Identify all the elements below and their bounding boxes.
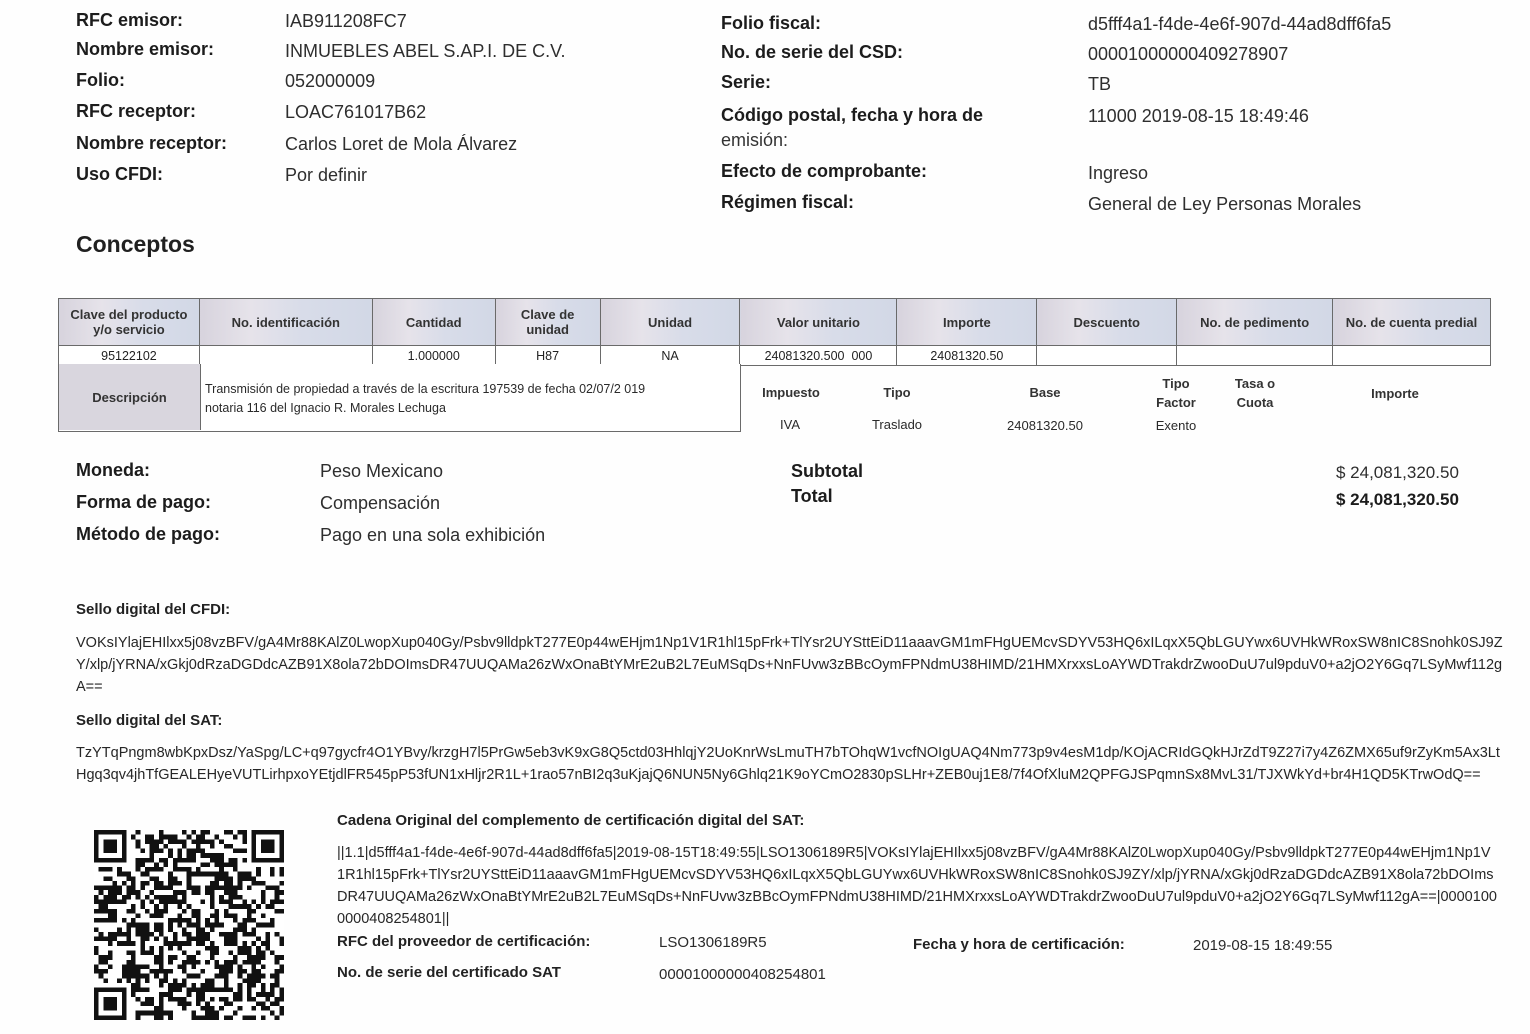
tipo-header: Tipo bbox=[867, 383, 927, 402]
total-value: $ 24,081,320.50 bbox=[1336, 490, 1459, 510]
forma-pago-value: Compensación bbox=[320, 493, 440, 514]
forma-pago-label: Forma de pago: bbox=[76, 492, 211, 513]
subtotal-value: $ 24,081,320.50 bbox=[1336, 463, 1459, 483]
serie-sat-label: No. de serie del certificado SAT bbox=[337, 964, 561, 981]
cell-pedimento bbox=[1177, 346, 1333, 366]
cp-value: 11000 2019-08-15 18:49:46 bbox=[1088, 106, 1309, 127]
tipo-factor-header-line2: Factor bbox=[1146, 393, 1206, 412]
regimen-label: Régimen fiscal: bbox=[721, 192, 854, 213]
tasa-header-line1: Tasa o bbox=[1225, 374, 1285, 393]
cell-no-identificacion bbox=[199, 346, 372, 366]
base-header: Base bbox=[1010, 383, 1080, 402]
descripcion-box: Descripción Transmisión de propiedad a t… bbox=[58, 364, 741, 432]
qr-code-icon bbox=[94, 830, 284, 1020]
efecto-value: Ingreso bbox=[1088, 163, 1148, 184]
fecha-certificacion-value: 2019-08-15 18:49:55 bbox=[1193, 937, 1332, 954]
col-no-identificacion: No. identificación bbox=[199, 299, 372, 346]
folio-fiscal-label: Folio fiscal: bbox=[721, 13, 821, 34]
descripcion-label: Descripción bbox=[59, 364, 201, 430]
table-header-row: Clave del producto y/o servicio No. iden… bbox=[59, 299, 1491, 346]
col-valor-unitario: Valor unitario bbox=[740, 299, 897, 346]
total-label: Total bbox=[791, 486, 833, 507]
regimen-value: General de Ley Personas Morales bbox=[1088, 194, 1361, 215]
cell-unidad: NA bbox=[600, 346, 740, 366]
moneda-label: Moneda: bbox=[76, 460, 150, 481]
moneda-value: Peso Mexicano bbox=[320, 461, 443, 482]
cp-label-line1: Código postal, fecha y hora de bbox=[721, 105, 983, 126]
tipo-factor-header: Tipo Factor bbox=[1146, 374, 1206, 412]
rfc-emisor-value: IAB911208FC7 bbox=[285, 11, 407, 32]
uso-cfdi-value: Por definir bbox=[285, 165, 367, 186]
nombre-receptor-value: Carlos Loret de Mola Álvarez bbox=[285, 134, 517, 155]
cell-cantidad: 1.000000 bbox=[372, 346, 495, 366]
tipo-factor-header-line1: Tipo bbox=[1146, 374, 1206, 393]
base-value: 24081320.50 bbox=[995, 418, 1095, 433]
sello-cfdi-value: VOKsIYlajEHIlxx5j08vzBFV/gA4Mr88KAlZ0Lwo… bbox=[76, 632, 1506, 698]
cell-clave-unidad: H87 bbox=[495, 346, 600, 366]
tipo-factor-value: Exento bbox=[1146, 418, 1206, 433]
tasa-header-line2: Cuota bbox=[1225, 393, 1285, 412]
cell-descuento bbox=[1037, 346, 1177, 366]
cadena-value: ||1.1|d5fff4a1-f4de-4e6f-907d-44ad8dff6f… bbox=[337, 842, 1497, 930]
sello-cfdi-label: Sello digital del CFDI: bbox=[76, 601, 230, 618]
folio-label: Folio: bbox=[76, 70, 125, 91]
impuesto-value: IVA bbox=[760, 417, 820, 432]
metodo-pago-label: Método de pago: bbox=[76, 524, 220, 545]
efecto-label: Efecto de comprobante: bbox=[721, 161, 927, 182]
serie-label: Serie: bbox=[721, 72, 771, 93]
folio-value: 052000009 bbox=[285, 71, 375, 92]
nombre-emisor-value: INMUEBLES ABEL S.AP.I. DE C.V. bbox=[285, 41, 565, 62]
col-clave-producto: Clave del producto y/o servicio bbox=[59, 299, 200, 346]
rfc-proveedor-label: RFC del proveedor de certificación: bbox=[337, 933, 590, 950]
nombre-receptor-label: Nombre receptor: bbox=[76, 133, 227, 154]
cp-label-line2: emisión: bbox=[721, 130, 788, 151]
subtotal-label: Subtotal bbox=[791, 461, 863, 482]
conceptos-title: Conceptos bbox=[76, 231, 195, 258]
metodo-pago-value: Pago en una sola exhibición bbox=[320, 525, 545, 546]
table-row: 95122102 1.000000 H87 NA 24081320.500 00… bbox=[59, 346, 1491, 366]
cell-cuenta-predial bbox=[1333, 346, 1491, 366]
conceptos-table: Clave del producto y/o servicio No. iden… bbox=[58, 298, 1491, 366]
nombre-emisor-label: Nombre emisor: bbox=[76, 39, 214, 60]
uso-cfdi-label: Uso CFDI: bbox=[76, 164, 163, 185]
sello-sat-value: TzYTqPngm8wbKpxDsz/YaSpg/LC+q97gycfr4O1Y… bbox=[76, 742, 1506, 786]
cell-clave-producto: 95122102 bbox=[59, 346, 200, 366]
tipo-value: Traslado bbox=[857, 417, 937, 432]
rfc-emisor-label: RFC emisor: bbox=[76, 10, 183, 31]
csd-label: No. de serie del CSD: bbox=[721, 42, 903, 63]
cadena-label: Cadena Original del complemento de certi… bbox=[337, 812, 804, 829]
descripcion-text: Transmisión de propiedad a través de la … bbox=[205, 380, 745, 418]
csd-value: 00001000000409278907 bbox=[1088, 44, 1288, 65]
col-pedimento: No. de pedimento bbox=[1177, 299, 1333, 346]
col-descuento: Descuento bbox=[1037, 299, 1177, 346]
rfc-proveedor-value: LSO1306189R5 bbox=[659, 934, 767, 951]
serie-sat-value: 00001000000408254801 bbox=[659, 966, 826, 983]
cell-importe: 24081320.50 bbox=[897, 346, 1037, 366]
folio-fiscal-value: d5fff4a1-f4de-4e6f-907d-44ad8dff6fa5 bbox=[1088, 14, 1391, 35]
rfc-receptor-value: LOAC761017B62 bbox=[285, 102, 426, 123]
col-cantidad: Cantidad bbox=[372, 299, 495, 346]
col-unidad: Unidad bbox=[600, 299, 740, 346]
col-cuenta-predial: No. de cuenta predial bbox=[1333, 299, 1491, 346]
col-importe: Importe bbox=[897, 299, 1037, 346]
importe-tax-header: Importe bbox=[1355, 384, 1435, 403]
tasa-cuota-header: Tasa o Cuota bbox=[1225, 374, 1285, 412]
impuesto-header: Impuesto bbox=[755, 383, 827, 402]
serie-value: TB bbox=[1088, 74, 1111, 95]
rfc-receptor-label: RFC receptor: bbox=[76, 101, 196, 122]
col-clave-unidad: Clave de unidad bbox=[495, 299, 600, 346]
cell-valor-unitario: 24081320.500 000 bbox=[740, 346, 897, 366]
sello-sat-label: Sello digital del SAT: bbox=[76, 712, 222, 729]
fecha-certificacion-label: Fecha y hora de certificación: bbox=[913, 936, 1125, 953]
